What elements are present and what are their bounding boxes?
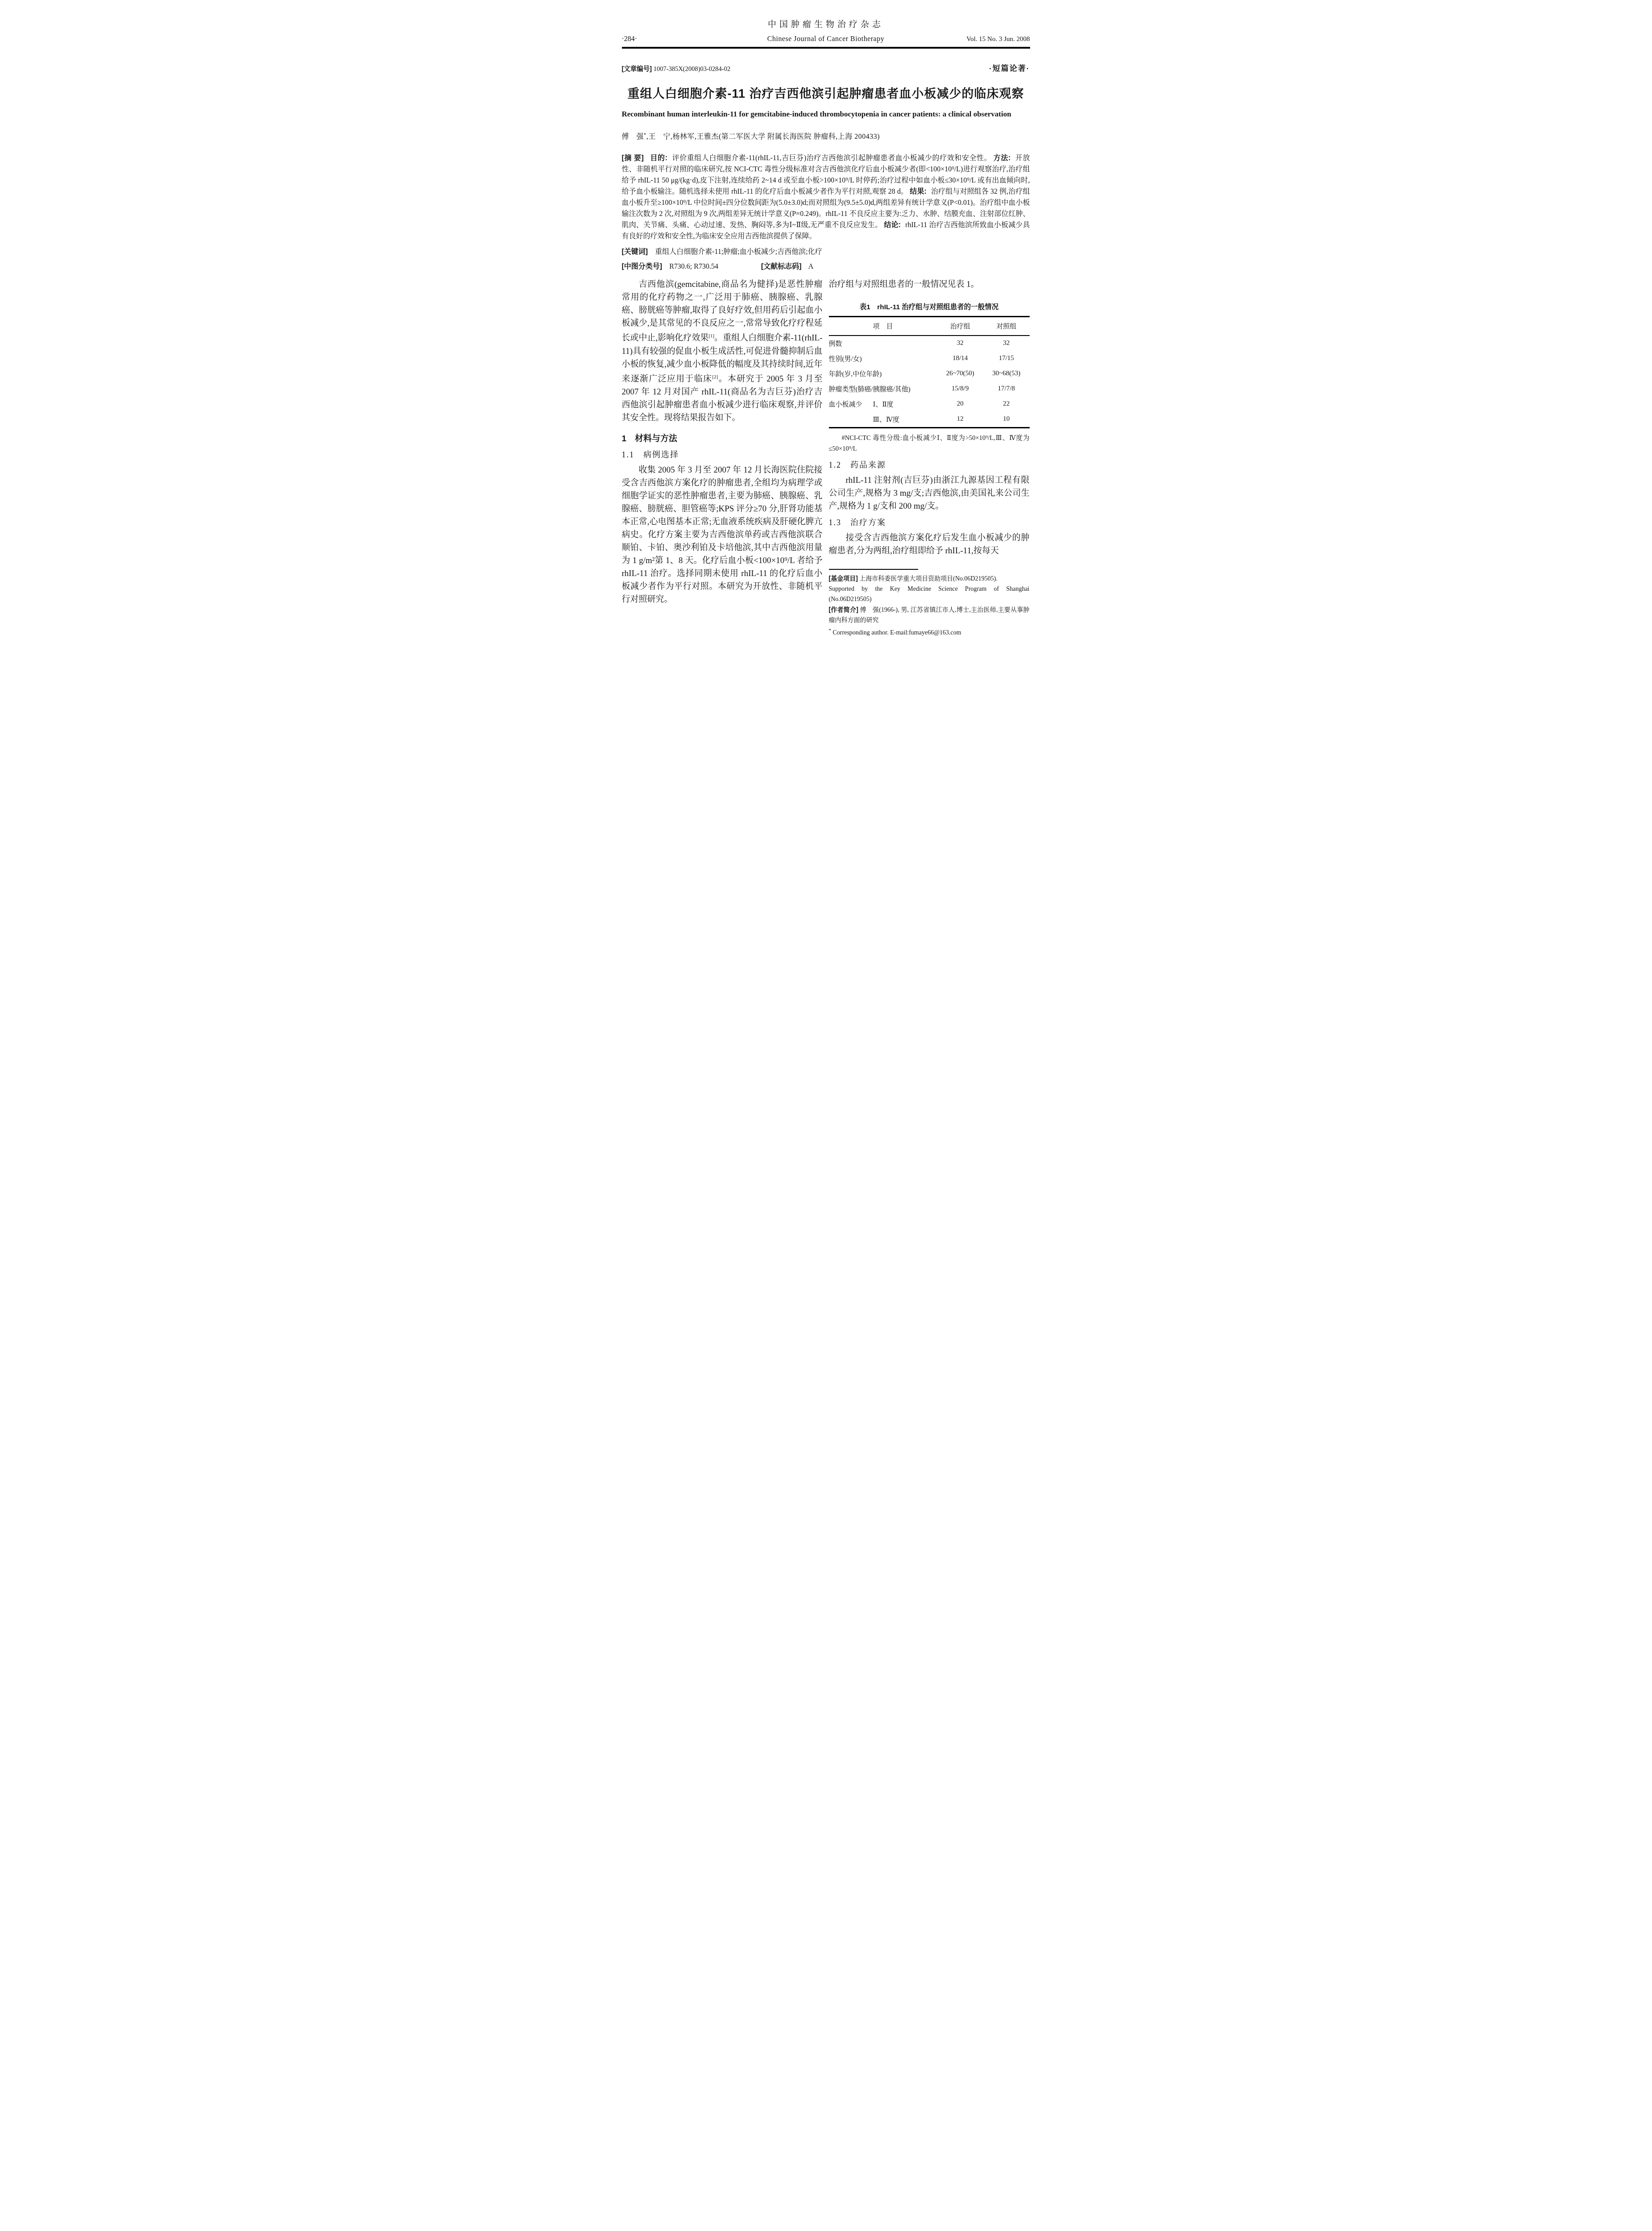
issue-info: Vol. 15 No. 3 Jun. 2008 xyxy=(954,36,1030,43)
corresponding-author-asterisk: * xyxy=(829,628,832,633)
row-treat: 32 xyxy=(937,336,984,351)
abstract: [摘 要] 目的:评价重组人白细胞介素-11(rhIL-11,吉巨芬)治疗吉西他… xyxy=(622,153,1030,242)
fund-line-en2: (No.06D219505) xyxy=(829,594,1030,605)
row-item: Ⅲ、Ⅳ度 xyxy=(829,412,937,428)
clc-row: [中图分类号] R730.6; R730.54 [文献标志码] A xyxy=(622,261,1030,271)
row-control: 10 xyxy=(983,412,1030,428)
author-bio-line: [作者简介] 傅 强(1966-), 男, 江苏省镇江市人,博士,主治医师,主要… xyxy=(829,605,1030,626)
table-intro-paragraph: 治疗组与对照组患者的一般情况见表 1。 xyxy=(829,278,1030,291)
table-row: 例数 32 32 xyxy=(829,336,1030,351)
journal-title-en: Chinese Journal of Cancer Biotherapy xyxy=(698,35,954,43)
fund-line-cn: [基金项目] 上海市科委医学重大项目资助项目(No.06D219505). xyxy=(829,573,1030,584)
row-item: 例数 xyxy=(829,336,937,351)
author-list-affiliation: ,王 宁,杨林军,王雅杰(第二军医大学 附属长海医院 肿瘤科,上海 200433… xyxy=(646,133,880,141)
table1-header-treat: 治疗组 xyxy=(937,317,984,336)
abstract-methods-label: 方法: xyxy=(994,154,1010,162)
section-1-3-paragraph: 接受含吉西他滨方案化疗后发生血小板减少的肿瘤患者,分为两组,治疗组即给予 rhI… xyxy=(829,531,1030,557)
clc-value: R730.6; R730.54 xyxy=(669,263,718,270)
intro-paragraph: 吉西他滨(gemcitabine,商品名为健择)是恶性肿瘤常用的化疗药物之一,广… xyxy=(622,278,823,424)
table-row: 肿瘤类型(肺癌/胰腺癌/其他) 15/8/9 17/7/8 xyxy=(829,382,1030,397)
meta-row: [文章编号] 1007-385X(2008)03-0284-02 ·短篇论著· xyxy=(622,62,1030,73)
row-treat: 20 xyxy=(937,397,984,412)
row-item-sub: Ⅲ、Ⅳ度 xyxy=(873,416,899,423)
page-header: 中国肿瘤生物治疗杂志 ·284· Chinese Journal of Canc… xyxy=(622,18,1030,49)
section-1-2-heading: 1.2 药品来源 xyxy=(829,459,1030,470)
keywords-row: [关键词] 重组人白细胞介素-11;肿瘤;血小板减少;吉西他滨;化疗 xyxy=(622,246,1030,256)
row-control: 32 xyxy=(983,336,1030,351)
first-author: 傅 强 xyxy=(622,133,644,141)
table1-caption: 表1 rhIL-11 治疗组与对照组患者的一般情况 xyxy=(829,302,1030,311)
article-title-en: Recombinant human interleukin-11 for gem… xyxy=(622,108,1030,120)
doc-code-value: A xyxy=(808,263,814,270)
keywords-label: [关键词] xyxy=(622,248,648,256)
section-1-1-paragraph: 收集 2005 年 3 月至 2007 年 12 月长海医院住院接受含吉西他滨方… xyxy=(622,464,823,606)
table1: 项 目 治疗组 对照组 例数 32 32 性别(男/女) 18/14 17/15 xyxy=(829,316,1030,428)
abstract-label: [摘 要] xyxy=(622,154,644,162)
table1-header-row: 项 目 治疗组 对照组 xyxy=(829,317,1030,336)
abstract-objective-label: 目的: xyxy=(650,154,667,162)
table-row: 性别(男/女) 18/14 17/15 xyxy=(829,351,1030,366)
corresponding-author-line: * Corresponding author. E-mail:fumaye66@… xyxy=(829,626,1030,638)
table1-header-control: 对照组 xyxy=(983,317,1030,336)
section-1-1-heading: 1.1 病例选择 xyxy=(622,448,823,460)
article-number-label: [文章编号] xyxy=(622,66,652,73)
right-column: 治疗组与对照组患者的一般情况见表 1。 表1 rhIL-11 治疗组与对照组患者… xyxy=(829,278,1030,638)
body-columns: 吉西他滨(gemcitabine,商品名为健择)是恶性肿瘤常用的化疗药物之一,广… xyxy=(622,278,1030,638)
row-control: 22 xyxy=(983,397,1030,412)
table-row: Ⅲ、Ⅳ度 12 10 xyxy=(829,412,1030,428)
article-number-value: 1007-385X(2008)03-0284-02 xyxy=(654,66,730,73)
clc-label: [中图分类号] xyxy=(622,263,662,270)
row-item: 性别(男/女) xyxy=(829,351,937,366)
fund-line-en: Supported by the Key Medicine Science Pr… xyxy=(829,584,1030,594)
abstract-objective-text: 评价重组人白细胞介素-11(rhIL-11,吉巨芬)治疗吉西他滨引起肿瘤患者血小… xyxy=(672,154,991,162)
table1-header-item: 项 目 xyxy=(829,317,937,336)
row-item: 年龄(岁,中位年龄) xyxy=(829,366,937,382)
fund-text-cn: 上海市科委医学重大项目资助项目(No.06D219505). xyxy=(859,576,998,582)
section-1-3-heading: 1.3 治疗方案 xyxy=(829,516,1030,528)
column-tag: ·短篇论著· xyxy=(989,62,1030,73)
table1-footnote: #NCI-CTC 毒性分级:血小板减少Ⅰ、Ⅱ度为>50×10⁹/L,Ⅲ、Ⅳ度为≤… xyxy=(829,433,1030,454)
row-control: 17/15 xyxy=(983,351,1030,366)
citation-1: [1] xyxy=(708,333,714,339)
header-row: ·284· Chinese Journal of Cancer Biothera… xyxy=(622,35,1030,43)
abstract-conclusion-label: 结论: xyxy=(884,221,901,229)
corresponding-author-text: Corresponding author. E-mail:fumaye66@16… xyxy=(833,629,961,636)
abstract-results-label: 结果: xyxy=(910,188,927,195)
keywords-text: 重组人白细胞介素-11;肿瘤;血小板减少;吉西他滨;化疗 xyxy=(655,248,822,256)
row-treat: 12 xyxy=(937,412,984,428)
section-1-2-paragraph: rhIL-11 注射剂(吉巨芬)由浙江九源基因工程有限公司生产,规格为 3 mg… xyxy=(829,474,1030,513)
bio-text: 傅 强(1966-), 男, 江苏省镇江市人,博士,主治医师,主要从事肿瘤内科方… xyxy=(829,607,1030,624)
authors-line: 傅 强*,王 宁,杨林军,王雅杰(第二军医大学 附属长海医院 肿瘤科,上海 20… xyxy=(622,131,1030,141)
footnotes: [基金项目] 上海市科委医学重大项目资助项目(No.06D219505). Su… xyxy=(829,569,1030,638)
journal-page: 中国肿瘤生物治疗杂志 ·284· Chinese Journal of Canc… xyxy=(581,0,1072,694)
row-item: 肿瘤类型(肺癌/胰腺癌/其他) xyxy=(829,382,937,397)
bio-label: [作者简介] xyxy=(829,606,858,613)
left-column: 吉西他滨(gemcitabine,商品名为健择)是恶性肿瘤常用的化疗药物之一,广… xyxy=(622,278,823,638)
journal-title-cn: 中国肿瘤生物治疗杂志 xyxy=(622,18,1030,30)
doc-code-label: [文献标志码] xyxy=(761,263,802,270)
table-row: 年龄(岁,中位年龄) 26~70(50) 30~68(53) xyxy=(829,366,1030,382)
citation-2: [2] xyxy=(712,374,718,380)
row-item-main: 血小板减少 xyxy=(829,399,873,409)
article-number: [文章编号] 1007-385X(2008)03-0284-02 xyxy=(622,64,731,73)
article-title-cn: 重组人白细胞介素-11 治疗吉西他滨引起肿瘤患者血小板减少的临床观察 xyxy=(622,84,1030,101)
page-number: ·284· xyxy=(622,35,698,43)
row-treat: 26~70(50) xyxy=(937,366,984,382)
fund-label: [基金项目] xyxy=(829,575,858,582)
footnote-rule xyxy=(829,569,918,570)
row-item-sub: Ⅰ、Ⅱ度 xyxy=(873,401,894,408)
row-control: 17/7/8 xyxy=(983,382,1030,397)
row-treat: 15/8/9 xyxy=(937,382,984,397)
row-item: 血小板减少Ⅰ、Ⅱ度 xyxy=(829,397,937,412)
row-control: 30~68(53) xyxy=(983,366,1030,382)
section-1-heading: 1 材料与方法 xyxy=(622,432,823,444)
row-treat: 18/14 xyxy=(937,351,984,366)
header-rule xyxy=(622,47,1030,49)
table-row: 血小板减少Ⅰ、Ⅱ度 20 22 xyxy=(829,397,1030,412)
